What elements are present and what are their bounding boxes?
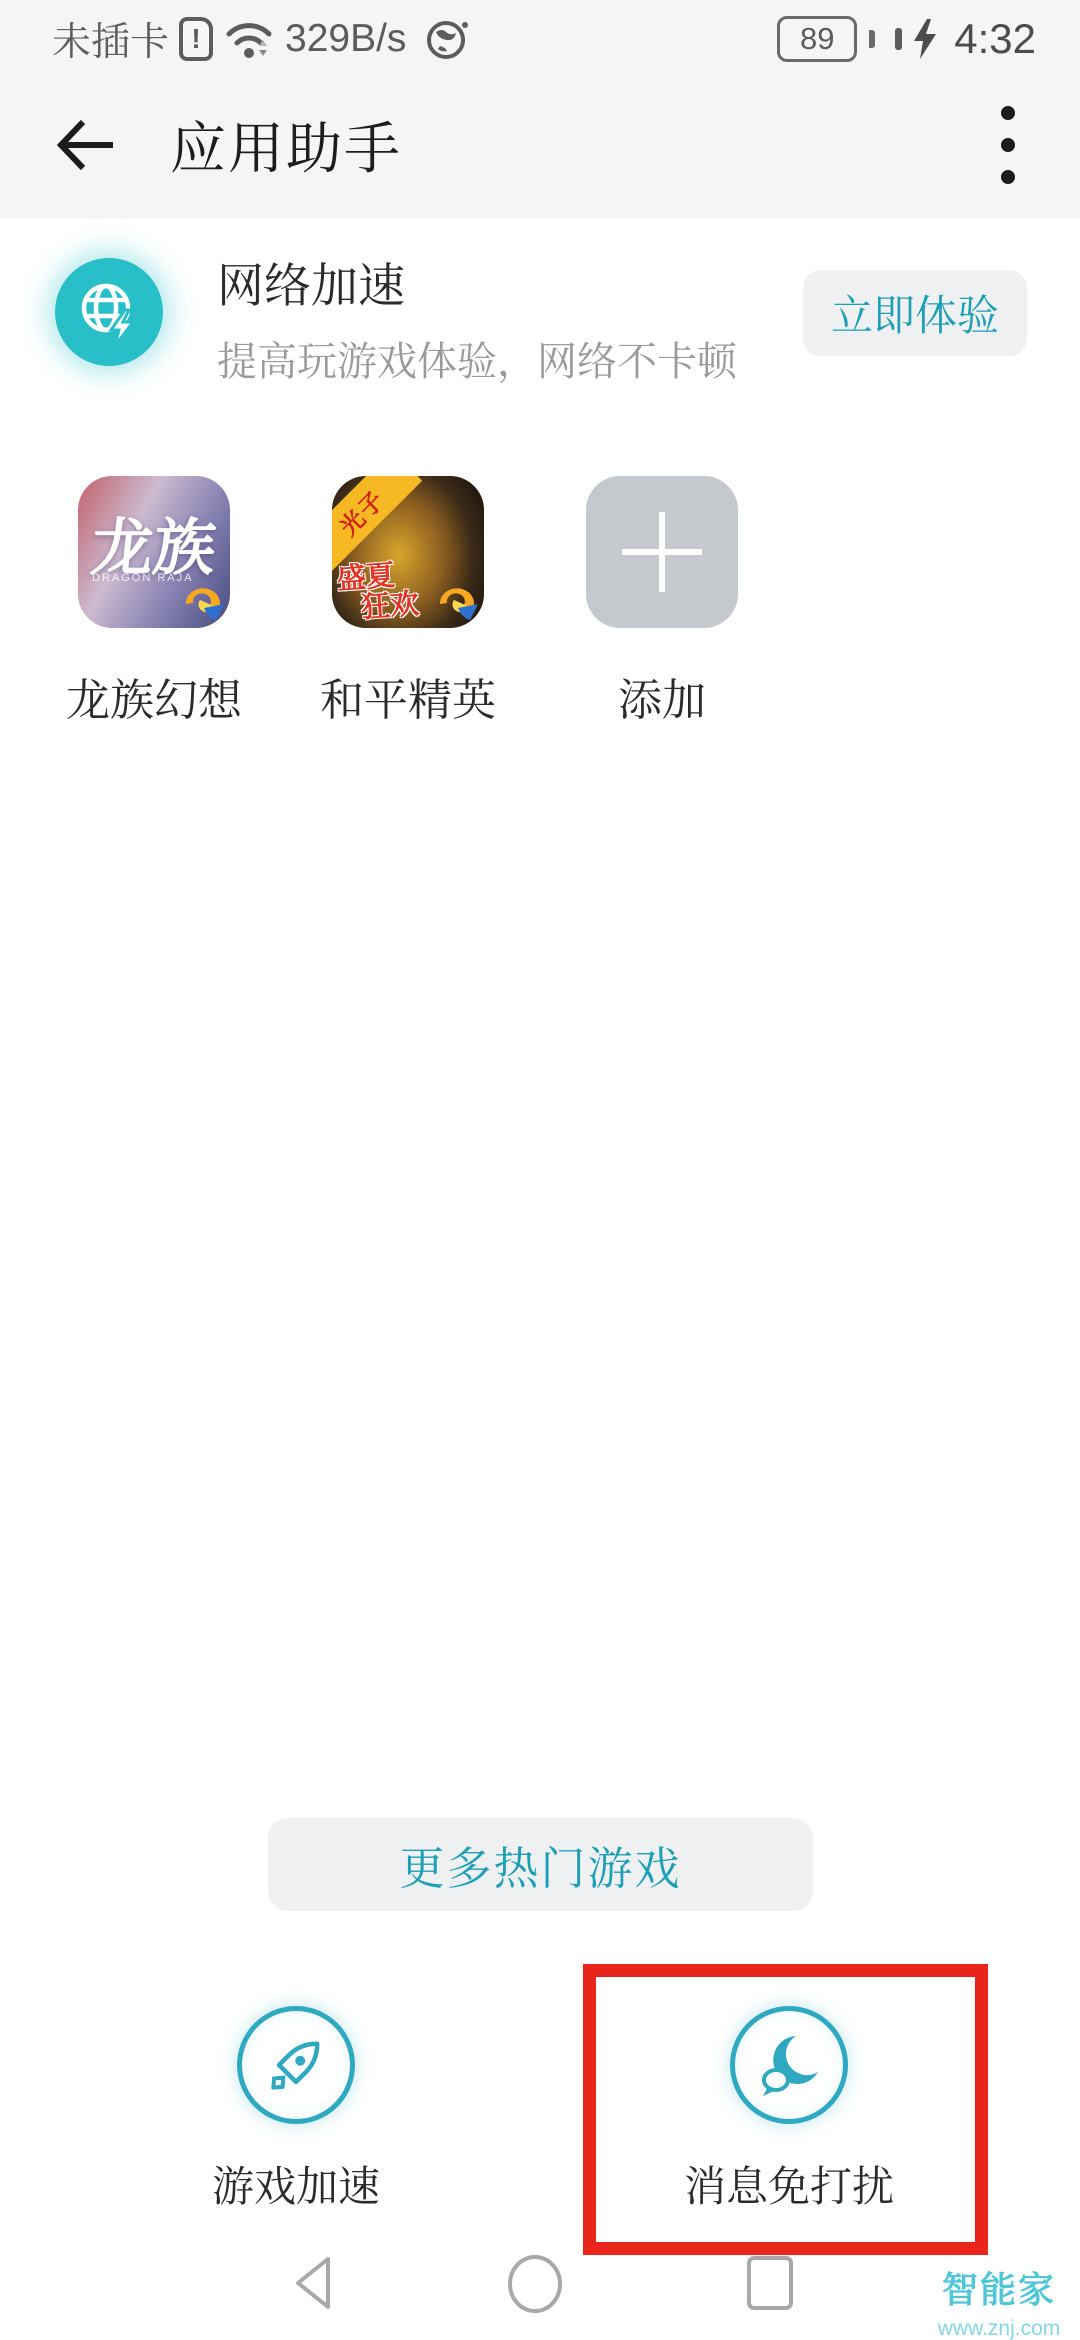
- rocket-icon: [248, 2017, 344, 2113]
- back-button[interactable]: [50, 109, 122, 181]
- navigation-bar: [0, 2244, 1080, 2340]
- nav-home-icon[interactable]: [506, 2254, 564, 2314]
- network-boost-icon: [55, 258, 163, 366]
- status-right: 89 4:32: [777, 15, 1036, 63]
- dragon-raja-tile-subtext: DRAGON RAJA: [92, 572, 193, 584]
- wifi-icon: [223, 16, 275, 62]
- screen: 未插卡 ! 329B/s 89: [0, 0, 1080, 2340]
- battery-icon: 89: [777, 16, 857, 62]
- peace-elite-app-icon[interactable]: 光子 盛夏 狂欢: [332, 476, 484, 628]
- battery-nub: [869, 30, 875, 48]
- clock-label: 4:32: [954, 15, 1036, 63]
- network-speed-label: 329B/s: [285, 17, 406, 61]
- plus-icon: [614, 504, 710, 600]
- back-arrow-icon: [55, 116, 117, 174]
- battery-percent: 89: [800, 21, 834, 57]
- boost-texts: 网络加速 提高玩游戏体验，网络不卡顿: [217, 256, 737, 387]
- sim-card-alert-icon: !: [179, 17, 213, 61]
- charging-bar-icon: [895, 28, 902, 50]
- tencent-games-logo: [180, 578, 226, 624]
- globe-status-icon: [424, 16, 470, 62]
- tencent-games-logo: [434, 578, 480, 624]
- game-item-peace-elite: 光子 盛夏 狂欢 和平精英: [332, 476, 484, 728]
- watermark-title: 智能家: [924, 2262, 1074, 2313]
- status-bar: 未插卡 ! 329B/s 89: [0, 0, 1080, 72]
- nav-back-icon[interactable]: [288, 2254, 338, 2312]
- feature-label: 游戏加速: [212, 2154, 380, 2214]
- network-boost-card: 网络加速 提高玩游戏体验，网络不卡顿 立即体验: [55, 256, 1027, 372]
- game-item-add: 添加: [586, 476, 738, 728]
- dragon-raja-app-icon[interactable]: 龙族 DRAGON RAJA: [78, 476, 230, 628]
- add-game-button[interactable]: [586, 476, 738, 628]
- game-label: 和平精英: [320, 664, 496, 728]
- carrier-label: 未插卡: [52, 11, 169, 67]
- page-title: 应用助手: [170, 105, 402, 185]
- more-options-button[interactable]: [980, 101, 1036, 189]
- charging-bolt-icon: [912, 19, 938, 59]
- peace-elite-ribbon: 光子: [332, 476, 422, 573]
- kebab-menu-icon: [999, 101, 1017, 189]
- game-boost-circle: [237, 2006, 355, 2124]
- games-row: 龙族 DRAGON RAJA 龙族幻想 光子 盛夏 狂欢: [78, 476, 738, 728]
- annotation-highlight-box: [583, 1964, 988, 2255]
- nav-recents-icon[interactable]: [744, 2254, 796, 2312]
- game-item-dragon-raja: 龙族 DRAGON RAJA 龙族幻想: [78, 476, 230, 728]
- watermark-url: www.znj.com: [924, 2317, 1074, 2340]
- app-header: 应用助手: [0, 72, 1080, 218]
- peace-elite-banner: 盛夏 狂欢: [336, 559, 420, 624]
- status-left: 未插卡 ! 329B/s: [52, 11, 470, 67]
- banner-line2: 狂欢: [360, 589, 420, 623]
- more-hot-games-button[interactable]: 更多热门游戏: [268, 1818, 813, 1911]
- game-label: 添加: [618, 664, 706, 728]
- boost-title: 网络加速: [217, 256, 737, 316]
- game-label: 龙族幻想: [66, 664, 242, 728]
- feature-game-boost[interactable]: 游戏加速: [146, 2006, 446, 2214]
- try-now-button[interactable]: 立即体验: [803, 270, 1027, 356]
- boost-subtitle: 提高玩游戏体验，网络不卡顿: [217, 330, 737, 387]
- watermark: 智能家 www.znj.com: [924, 2262, 1074, 2340]
